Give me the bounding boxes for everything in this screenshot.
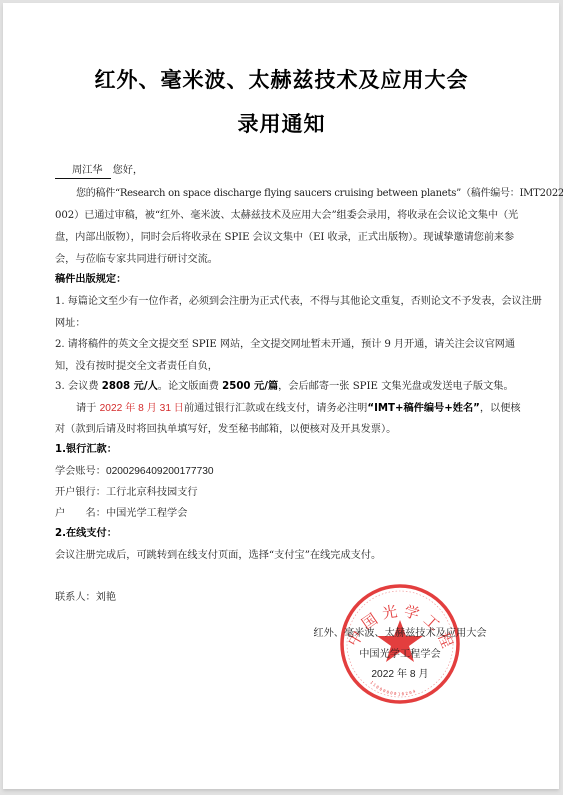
- rule3-suffix: ，会后邮寄一张 SPIE 文集光盘或发送电子版文集。: [278, 381, 514, 392]
- account-label: 学会账号：: [55, 466, 106, 477]
- payment-note: “IMT+稿件编号+姓名”: [367, 403, 479, 414]
- account-name-label: 户 名：: [55, 508, 106, 519]
- rule2-line2: 知，没有按时提交全文者责任自负，: [55, 360, 218, 374]
- bank-name-line: 开户银行：工行北京科技园支行: [55, 486, 198, 500]
- document-title: 红外、毫米波、太赫兹技术及应用大会: [0, 64, 563, 94]
- payment-notice-line1: 请于 2022 年 8 月 31 日前通过银行汇款或在线支付，请务必注明“IMT…: [76, 402, 521, 416]
- page-fee: 2500 元/篇: [222, 381, 278, 392]
- payment-middle: 前通过银行汇款或在线支付，请务必注明: [184, 403, 367, 414]
- contact-name: 刘艳: [96, 592, 116, 603]
- signature-org2: 中国光学工程学会: [310, 648, 490, 662]
- signature-date: 2022 年 8 月: [310, 668, 490, 682]
- payment-notice-line2: 对（款到后请及时将回执单填写好，发至秘书邮箱，以便核对及开具发票）。: [55, 423, 396, 437]
- document-subtitle: 录用通知: [0, 108, 563, 138]
- account-name-value: 中国光学工程学会: [106, 508, 188, 519]
- payment-prefix: 请于: [76, 403, 100, 414]
- rule3-line: 3. 会议费 2808 元/人。论文版面费 2500 元/篇，会后邮寄一张 SP…: [55, 380, 514, 394]
- contact-line: 联系人：刘艳: [55, 591, 116, 605]
- paragraph1-line2: 002）已通过审稿，被“红外、毫米波、太赫兹技术及应用大会”组委会录用，将收录在…: [55, 209, 518, 223]
- paragraph1-line4: 会，与莅临专家共同进行研讨交流。: [55, 253, 218, 267]
- account-number: 0200296409200177730: [106, 466, 214, 477]
- recipient-name: 周江华: [55, 164, 111, 179]
- contact-label: 联系人：: [55, 592, 96, 603]
- official-seal-stamp: 中国光学工程学会 1100000010204: [338, 582, 462, 706]
- svg-text:1100000010204: 1100000010204: [369, 680, 417, 697]
- rules-heading: 稿件出版规定：: [55, 273, 126, 287]
- salutation: 您好，: [113, 165, 144, 176]
- bank-account-line: 学会账号：0200296409200177730: [55, 465, 214, 479]
- paragraph1-line1: 您的稿件“Research on space discharge flying …: [76, 187, 563, 201]
- rule1-line2: 网址：: [55, 317, 86, 331]
- online-heading: 2.在线支付：: [55, 527, 117, 541]
- rule2-line1: 2. 请将稿件的英文全文提交至 SPIE 网站，全文提交网址暂未开通，预计 9 …: [55, 338, 515, 352]
- paragraph1-line3: 盘，内部出版物），同时会后将收录在 SPIE 会议文集中（EI 收录，正式出版物…: [55, 231, 514, 245]
- rule3-middle: 。论文版面费: [158, 381, 222, 392]
- payment-deadline: 2022 年 8 月 31 日: [100, 403, 184, 414]
- account-name-line: 户 名：中国光学工程学会: [55, 507, 187, 521]
- bank-value: 工行北京科技园支行: [106, 487, 198, 498]
- online-text: 会议注册完成后，可跳转到在线支付页面，选择“支付宝”在线完成支付。: [55, 549, 381, 563]
- greeting-line: 周江华您好，: [55, 164, 143, 179]
- conference-fee: 2808 元/人: [102, 381, 158, 392]
- bank-heading: 1.银行汇款：: [55, 443, 117, 457]
- rule1-line1: 1. 每篇论文至少有一位作者，必须到会注册为正式代表，不得与其他论文重复，否则论…: [55, 295, 542, 309]
- rule3-prefix: 3. 会议费: [55, 381, 102, 392]
- signature-org1: 红外、毫米波、太赫兹技术及应用大会: [310, 627, 490, 641]
- bank-label: 开户银行：: [55, 487, 106, 498]
- payment-suffix: ，以便核: [480, 403, 521, 414]
